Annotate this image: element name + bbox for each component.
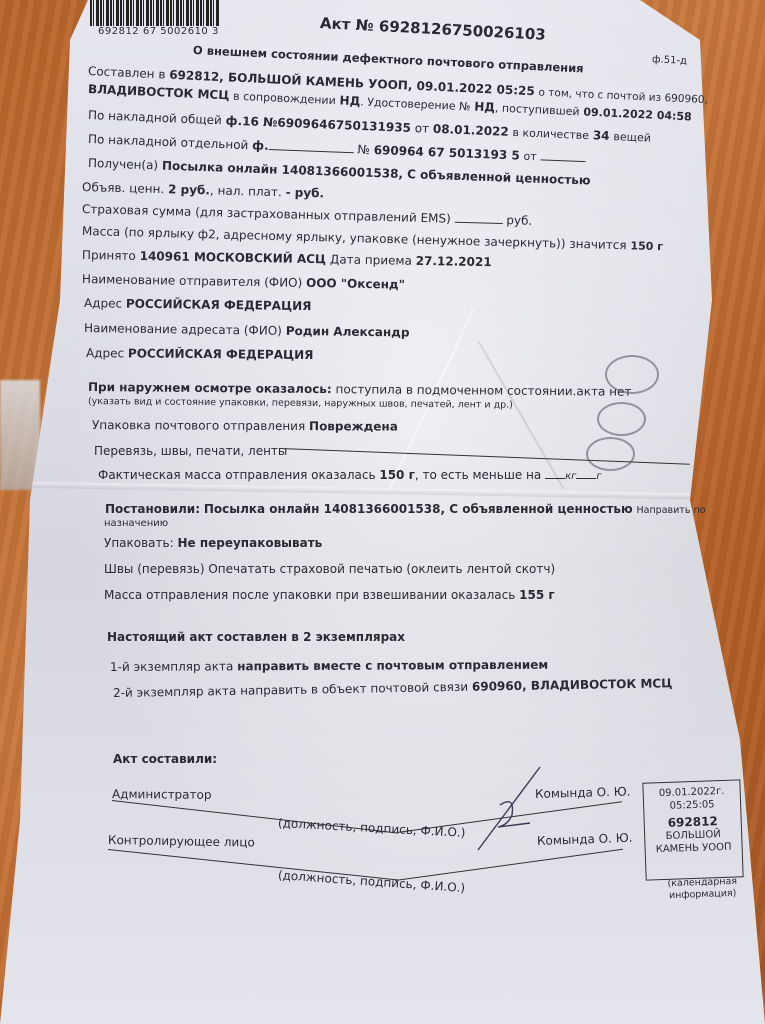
signer-role-1: Администратор [112,787,212,802]
recipient-address-line: Адрес РОССИЙСКАЯ ФЕДЕРАЦИЯ [86,346,314,362]
mass-after: 155 г [519,588,555,602]
arrived-datetime: 09.01.2022 04:58 [583,106,692,124]
label: Наименование отправителя (ФИО) [82,272,302,290]
label: руб. [506,213,532,228]
label: По накладной общей [88,108,222,127]
label: Страховая сумма (для застрахованных отпр… [82,202,451,226]
cod-value: - руб. [285,185,324,200]
label: Принято [82,248,136,263]
label: № [357,142,370,156]
label: , то есть меньше на [415,468,541,482]
form: ф. [252,138,269,153]
label: . Удостоверение № [360,95,471,113]
packaging-value: Повреждена [309,419,398,433]
actual-mass-line: Фактическая масса отправления оказалась … [98,468,602,482]
barcode-number: 692812 67 5002610 3 [98,26,219,37]
label: По накладной отдельной [88,132,249,152]
label: 1-й экземпляр акта [110,659,233,674]
label: Получен(а) [88,156,159,172]
decision-label: Постановили: [105,502,200,516]
mass-declared: 150 г [630,239,663,253]
copy-1-line: 1-й экземпляр акта направить вместе с по… [110,658,548,674]
signature-caption-2: (должность, подпись, Ф.И.О.) [278,868,466,895]
label: в количестве [512,126,589,142]
qty: 34 [593,128,610,143]
signature-caption-1: (должность, подпись, Ф.И.О.) [278,816,466,840]
label: от [523,150,537,163]
insurance-line: Страховая сумма (для застрахованных отпр… [82,202,533,228]
act-title: Акт № 6928126750026103 [320,14,547,44]
copies-heading: Настоящий акт составлен в 2 экземплярах [107,630,405,644]
inspection-label: При наружнем осмотре оказалось: [88,380,332,396]
pack-line: Упаковать: Не переупаковывать [104,536,322,550]
handwritten-mark [586,437,635,471]
label: Составлен в [88,64,166,82]
label: Упаковать: [104,536,174,550]
sender-name: ООО "Оксенд" [306,276,405,292]
label: Упаковка почтового отправления [92,418,305,433]
decision-value: Посылка онлайн 14081366001538, С объявле… [204,502,633,516]
recipient-name: Родин Александр [286,324,410,340]
accepted-date: 27.12.2021 [416,254,492,269]
handwritten-signature [470,765,550,855]
label: в сопровождении [233,90,336,108]
label: Объяв. ценн. [82,180,165,196]
handwritten-mark [597,402,646,436]
signer-role-2: Контролирующее лицо [108,833,255,850]
seals-line: Перевязь, швы, печати, ленты [94,444,287,458]
seams-line: Швы (перевязь) Опечатать страховой печат… [104,562,555,576]
label: , нал. плат. [210,183,282,199]
decision-action-cont: назначению [104,518,168,529]
copy-2-line: 2-й экземпляр акта направить в объект по… [113,676,673,700]
stamp-caption-line: информация) [655,888,750,904]
escort: НД [339,93,360,108]
label: Адрес [84,296,122,311]
inspection-hint: (указать вид и состояние упаковки, перев… [88,396,513,411]
sender-line: Наименование отправителя (ФИО) ООО "Оксе… [82,272,405,292]
stamp-office: КАМЕНЬ УООП [645,841,741,857]
label: Масса отправления после упаковки при взв… [104,588,515,602]
handwritten-mark [605,355,659,394]
recipient-line: Наименование адресата (ФИО) Родин Алекса… [84,321,410,340]
label: Фактическая масса отправления оказалась [98,468,376,482]
label: Наименование адресата (ФИО) [84,321,282,338]
sender-address: РОССИЙСКАЯ ФЕДЕРАЦИЯ [126,297,312,314]
label: Адрес [86,346,124,360]
label: 2-й экземпляр акта направить в объект по… [113,680,468,700]
label: Масса (по ярлыку ф2, адресному ярлыку, у… [82,224,627,252]
declared-line: Объяв. ценн. 2 руб., нал. плат. - руб. [82,180,324,200]
separate-number: 690964 67 5013193 5 [373,143,520,163]
act-number: 6928126750026103 [378,17,546,44]
sender-address-line: Адрес РОССИЙСКАЯ ФЕДЕРАЦИЯ [84,296,312,313]
act-title-prefix: Акт № [320,14,375,35]
declared-value: 2 руб. [168,182,210,197]
recipient-address: РОССИЙСКАЯ ФЕДЕРАЦИЯ [128,346,314,362]
label: Перевязь, швы, печати, ленты [94,444,287,458]
label: вещей [613,130,651,144]
label: , поступившей [495,101,580,118]
signatures-heading: Акт составили: [113,752,217,766]
form-code: ф.51-д [652,54,688,67]
barcode [90,0,220,26]
decision-line: Постановили: Посылка онлайн 140813660015… [105,502,705,516]
copy-2-value: 690960, ВЛАДИВОСТОК МСЦ [472,676,673,693]
signer-name-2: Комында О. Ю. [537,831,633,848]
label: г [596,471,601,482]
inspection-value: поступила в подмоченном состоянии.акта н… [336,382,632,399]
origin-office: ВЛАДИВОСТОК МСЦ [88,82,230,102]
actual-mass: 150 г [379,468,415,482]
label: кг [565,471,576,482]
accepted-line: Принято 140961 МОСКОВСКИЙ АСЦ Дата прием… [82,248,492,269]
decision-action: Направить по [637,505,706,516]
pack-value: Не переупаковывать [177,536,322,550]
label: от [414,121,429,136]
mass-after-line: Масса отправления после упаковки при взв… [104,588,555,602]
calendar-stamp: 09.01.2022г. 05:25:05 692812 БОЛЬШОЙ КАМ… [642,779,743,880]
packaging-line: Упаковка почтового отправления Поврежден… [92,418,398,434]
accepted-office: 140961 МОСКОВСКИЙ АСЦ [140,249,327,266]
copy-1-value: направить вместе с почтовым отправлением [237,658,548,674]
stamp-caption: (календарная информация) [655,875,751,903]
waybill-date: 08.01.2022 [433,122,509,139]
waybill-number: ф.16 №6909646750131935 [225,114,411,135]
certificate: НД [474,100,495,115]
document: 692812 67 5002610 3 Акт № 69281267500261… [0,0,765,1024]
label: Дата приема [330,252,412,267]
